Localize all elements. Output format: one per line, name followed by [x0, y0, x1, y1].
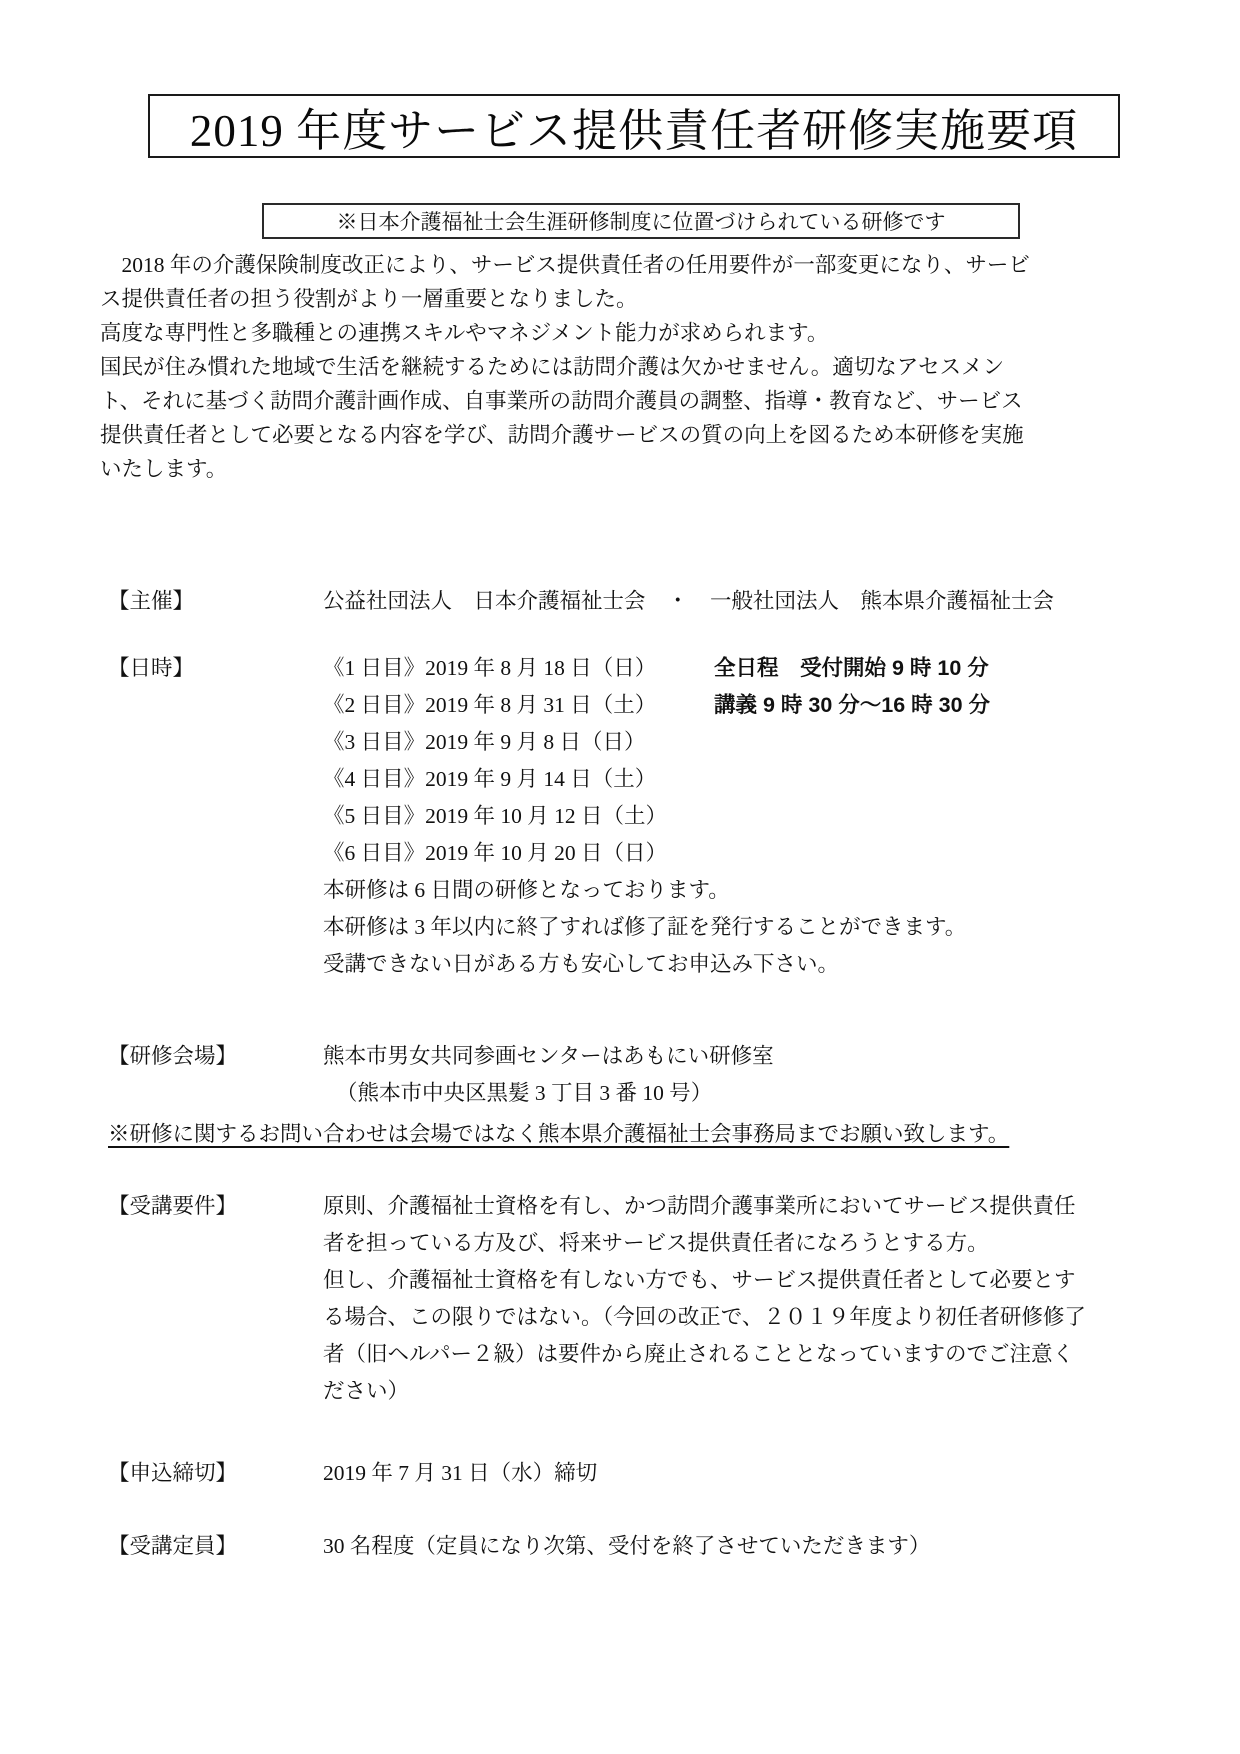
subtitle-text: ※日本介護福祉士会生涯研修制度に位置づけられている研修です: [337, 206, 946, 236]
text-line: 者（旧ヘルパー２級）は要件から廃止されることとなっていますのでご注意く: [323, 1336, 1148, 1373]
subtitle-box: ※日本介護福祉士会生涯研修制度に位置づけられている研修です: [262, 203, 1020, 239]
section-label-capacity: 【受講定員】: [108, 1528, 323, 1565]
text-line: ト、それに基づく訪問介護計画作成、自事業所の訪問介護員の調整、指導・教育など、サ…: [100, 384, 1150, 418]
intro-paragraph: 2018 年の介護保険制度改正により、サービス提供責任者の任用要件が一部変更にな…: [100, 248, 1150, 486]
text-line: 《3 日目》2019 年 9 月 8 日（日）: [323, 724, 1148, 761]
schedule-bold-note: 講義 9 時 30 分～16 時 30 分: [714, 693, 990, 717]
text-line: 本研修は 3 年以内に終了すれば修了証を発行することができます。: [323, 909, 1148, 946]
text-line: 原則、介護福祉士資格を有し、かつ訪問介護事業所においてサービス提供責任: [323, 1188, 1148, 1225]
schedule-bold-note: 全日程 受付開始 9 時 10 分: [714, 656, 989, 680]
date-text: 《2 日目》2019 年 8 月 31 日（土）: [323, 687, 714, 724]
section-label-venue: 【研修会場】: [108, 1038, 323, 1075]
section-content-organizer: 公益社団法人 日本介護福祉士会 ・ 一般社団法人 熊本県介護福祉士会: [323, 583, 1148, 620]
section-label-organizer: 【主催】: [108, 583, 323, 620]
text-line: 受講できない日がある方も安心してお申込み下さい。: [323, 946, 1148, 983]
text-line: 2018 年の介護保険制度改正により、サービス提供責任者の任用要件が一部変更にな…: [100, 248, 1150, 282]
text-line: 30 名程度（定員になり次第、受付を終了させていただきます）: [323, 1528, 1148, 1565]
section-datetime: 【日時】 《1 日目》2019 年 8 月 18 日（日）全日程 受付開始 9 …: [108, 650, 1148, 983]
document-title: 2019 年度サービス提供責任者研修実施要項: [190, 94, 1078, 159]
text-line: 本研修は 6 日間の研修となっております。: [323, 872, 1148, 909]
text-line: ださい）: [323, 1373, 1148, 1410]
text-line: いたします。: [100, 452, 1150, 486]
section-label-datetime: 【日時】: [108, 650, 323, 687]
text-line: ス提供責任者の担う役割がより一層重要となりました。: [100, 282, 1150, 316]
text-line: 《4 日目》2019 年 9 月 14 日（土）: [323, 761, 1148, 798]
text-line: 2019 年 7 月 31 日（水）締切: [323, 1455, 1148, 1492]
text-line: 者を担っている方及び、将来サービス提供責任者になろうとする方。: [323, 1225, 1148, 1262]
text-line: 熊本市男女共同参画センターはあもにい研修室: [323, 1038, 1148, 1075]
section-deadline: 【申込締切】 2019 年 7 月 31 日（水）締切: [108, 1455, 1148, 1492]
text-line: 《5 日目》2019 年 10 月 12 日（土）: [323, 798, 1148, 835]
date-text: 《1 日目》2019 年 8 月 18 日（日）: [323, 650, 714, 687]
section-content-requirements: 原則、介護福祉士資格を有し、かつ訪問介護事業所においてサービス提供責任者を担って…: [323, 1188, 1148, 1410]
text-line: （熊本市中央区黒髪 3 丁目 3 番 10 号）: [323, 1075, 1148, 1112]
section-organizer: 【主催】 公益社団法人 日本介護福祉士会 ・ 一般社団法人 熊本県介護福祉士会: [108, 583, 1148, 620]
text-line: 提供責任者として必要となる内容を学び、訪問介護サービスの質の向上を図るため本研修…: [100, 418, 1150, 452]
section-content-deadline: 2019 年 7 月 31 日（水）締切: [323, 1455, 1148, 1492]
text-line: 国民が住み慣れた地域で生活を継続するためには訪問介護は欠かせません。適切なアセス…: [100, 350, 1150, 384]
text-line: 《6 日目》2019 年 10 月 20 日（日）: [323, 835, 1148, 872]
text-line: 公益社団法人 日本介護福祉士会 ・ 一般社団法人 熊本県介護福祉士会: [323, 583, 1148, 620]
section-content-capacity: 30 名程度（定員になり次第、受付を終了させていただきます）: [323, 1528, 1148, 1565]
section-content-venue: 熊本市男女共同参画センターはあもにい研修室（熊本市中央区黒髪 3 丁目 3 番 …: [323, 1038, 1148, 1112]
text-line: 高度な専門性と多職種との連携スキルやマネジメント能力が求められます。: [100, 316, 1150, 350]
section-label-deadline: 【申込締切】: [108, 1455, 323, 1492]
section-venue: 【研修会場】 熊本市男女共同参画センターはあもにい研修室（熊本市中央区黒髪 3 …: [108, 1038, 1148, 1112]
section-capacity: 【受講定員】 30 名程度（定員になり次第、受付を終了させていただきます）: [108, 1528, 1148, 1565]
venue-inquiry-note: ※研修に関するお問い合わせは会場ではなく熊本県介護福祉士会事務局までお願い致しま…: [108, 1119, 1148, 1150]
section-content-datetime: 《1 日目》2019 年 8 月 18 日（日）全日程 受付開始 9 時 10 …: [323, 650, 1148, 983]
section-requirements: 【受講要件】 原則、介護福祉士資格を有し、かつ訪問介護事業所においてサービス提供…: [108, 1188, 1148, 1410]
text-line: 但し、介護福祉士資格を有しない方でも、サービス提供責任者として必要とす: [323, 1262, 1148, 1299]
document-page: 2019 年度サービス提供責任者研修実施要項 ※日本介護福祉士会生涯研修制度に位…: [0, 0, 1240, 1754]
text-line: 《1 日目》2019 年 8 月 18 日（日）全日程 受付開始 9 時 10 …: [323, 650, 1148, 687]
sections-container: 【主催】 公益社団法人 日本介護福祉士会 ・ 一般社団法人 熊本県介護福祉士会 …: [108, 583, 1148, 1565]
text-line: 《2 日目》2019 年 8 月 31 日（土）講義 9 時 30 分～16 時…: [323, 687, 1148, 724]
document-title-box: 2019 年度サービス提供責任者研修実施要項: [148, 94, 1120, 158]
section-label-requirements: 【受講要件】: [108, 1188, 323, 1225]
text-line: る場合、この限りではない。（今回の改正で、２０１９年度より初任者研修修了: [323, 1299, 1148, 1336]
